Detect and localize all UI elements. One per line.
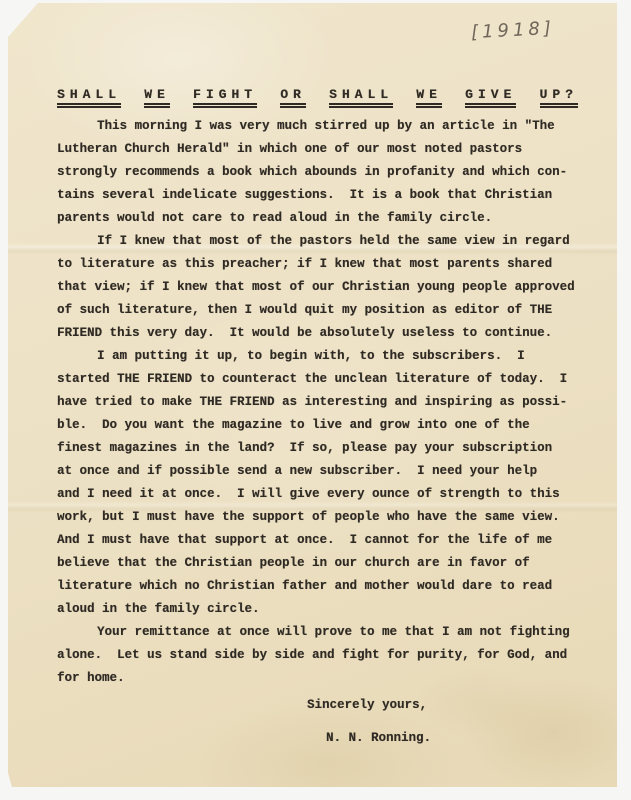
title-word: SHALL [57, 87, 121, 108]
signature-name: N. N. Ronning. [326, 727, 617, 750]
paragraph-2: If I knew that most of the pastors held … [57, 230, 597, 345]
title-word: SHALL [329, 87, 393, 108]
letter-page: [1918] SHALL WE FIGHT OR SHALL WE GIVE U… [8, 3, 617, 787]
title-word: WE [144, 87, 170, 108]
paragraph-1: This morning I was very much stirred up … [57, 115, 597, 230]
paragraph-3: I am putting it up, to begin with, to th… [57, 345, 597, 621]
title-word: OR [280, 87, 306, 108]
paragraph-4: Your remittance at once will prove to me… [57, 621, 597, 690]
scan-background: [1918] SHALL WE FIGHT OR SHALL WE GIVE U… [0, 0, 631, 800]
title-word: WE [416, 87, 442, 108]
title-word: FIGHT [193, 87, 257, 108]
closing-salutation: Sincerely yours, [307, 694, 617, 717]
title-word: UP? [540, 87, 578, 108]
handwritten-date-annotation: [1918] [471, 18, 556, 43]
letter-title: SHALL WE FIGHT OR SHALL WE GIVE UP? [57, 87, 578, 108]
title-word: GIVE [465, 87, 516, 108]
